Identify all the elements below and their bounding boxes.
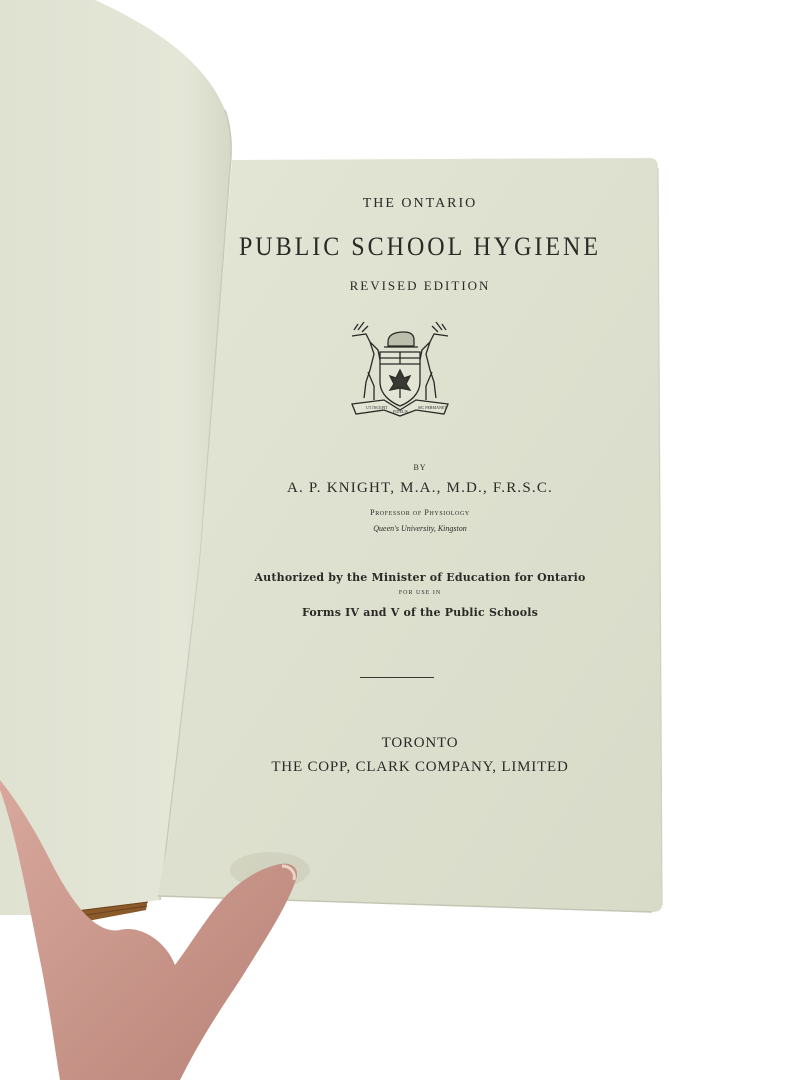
book-photo: THE ONTARIO PUBLIC SCHOOL HYGIENE REVISE… [0,0,812,1080]
publisher-city: TORONTO [200,735,640,752]
motto-left: UT INCEPIT [366,405,388,410]
author-name: A. P. KNIGHT, M.A., M.D., F.R.S.C. [200,480,640,497]
motto-right: SIC PERMANET [418,405,447,410]
authorization-line: Authorized by the Minister of Education … [200,571,640,584]
right-page [158,158,662,912]
divider-rule [360,677,434,678]
by-label: BY [200,463,640,472]
book-and-hand-illustration [0,0,812,1080]
forms-line: Forms IV and V of the Public Schools [200,606,640,619]
ontario-coat-of-arms-icon: UT INCEPIT FIDELIS SIC PERMANET [344,320,456,420]
publisher-name: THE COPP, CLARK COMPANY, LIMITED [200,759,640,776]
author-affiliation: Queen's University, Kingston [200,524,640,533]
for-use-in-label: FOR USE IN [200,590,640,596]
motto-center: FIDELIS [393,409,408,414]
edition-label: REVISED EDITION [200,278,640,294]
book-title: PUBLIC SCHOOL HYGIENE [200,232,640,262]
author-title: Professor of Physiology [200,508,640,517]
series-title: THE ONTARIO [200,196,640,212]
